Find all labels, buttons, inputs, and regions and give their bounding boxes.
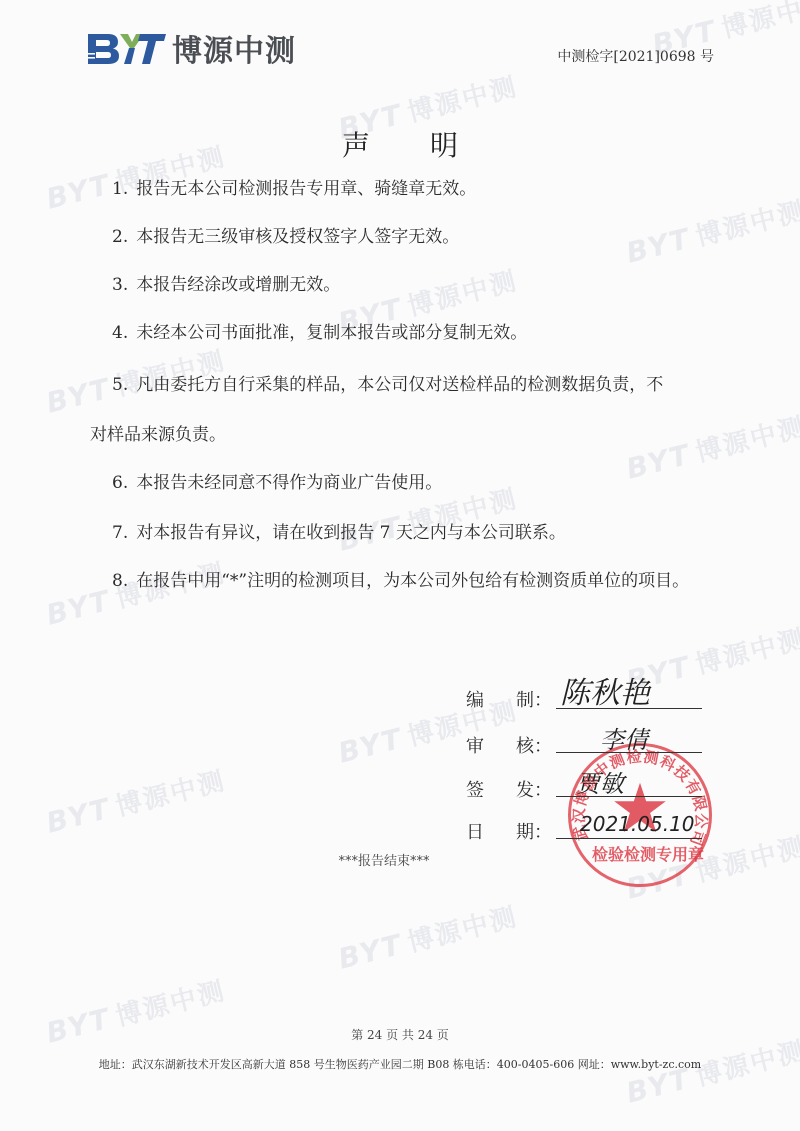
company-logo: 博源中测 <box>86 26 296 70</box>
watermark: BYT博源中测 <box>42 552 229 632</box>
title-char: 声 <box>342 124 370 164</box>
statement-item: 4.未经本公司书面批准，复制本报告或部分复制无效。 <box>112 318 527 343</box>
watermark: BYT博源中测 <box>334 690 521 770</box>
signature-line <box>556 708 702 709</box>
page-number: 第 24 页 共 24 页 <box>0 1026 800 1043</box>
byt-logo-icon <box>86 28 168 68</box>
date-label: 日 <box>466 818 484 844</box>
document-number: 中测检字[2021]0698 号 <box>557 46 714 66</box>
reviewed-by-label: 核： <box>516 732 552 758</box>
signature-line <box>556 752 702 753</box>
statement-item: 3.本报告经涂改或增删无效。 <box>112 270 340 295</box>
statement-item: 2.本报告无三级审核及授权签字人签字无效。 <box>112 222 459 247</box>
signature-line <box>556 838 702 839</box>
title-char: 明 <box>430 124 458 164</box>
statement-item: 1.报告无本公司检测报告专用章、骑缝章无效。 <box>112 174 476 199</box>
reviewed-by-label: 审 <box>466 732 484 758</box>
reviewed-by-signature: 李倩 <box>600 720 648 755</box>
statement-item: 6.本报告未经同意不得作为商业广告使用。 <box>112 468 442 493</box>
logo-text: 博源中测 <box>172 26 296 70</box>
report-end-marker: ***报告结束*** <box>0 850 784 869</box>
signature-line <box>556 796 702 797</box>
approved-by-label: 发： <box>516 776 552 802</box>
watermark: BYT博源中测 <box>42 760 229 840</box>
statement-item: 5.凡由委托方自行采集的样品，本公司仅对送检样品的检测数据负责，不 <box>112 370 663 395</box>
watermark: BYT博源中测 <box>622 406 800 486</box>
prepared-by-label: 制： <box>516 686 552 712</box>
prepared-by-label: 编 <box>466 686 484 712</box>
watermark: BYT博源中测 <box>622 190 800 270</box>
statement-item: 7.对本报告有异议，请在收到报告 7 天之内与本公司联系。 <box>112 518 566 543</box>
approved-by-label: 签 <box>466 776 484 802</box>
date-signature: 2021.05.10 <box>580 812 695 836</box>
watermark: BYT博源中测 <box>334 896 521 976</box>
prepared-by-signature: 陈秋艳 <box>560 668 650 712</box>
statement-continuation: 对样品来源负责。 <box>90 420 226 445</box>
page-title: 声明 <box>0 124 800 164</box>
footer-address: 地址：武汉东湖新技术开发区高新大道 858 号生物医药产业园二期 B08 栋电话… <box>0 1056 800 1072</box>
statement-item: 8.在报告中用“*”注明的检测项目，为本公司外包给有检测资质单位的项目。 <box>112 566 689 591</box>
approved-by-signature: 贾敏 <box>576 764 624 799</box>
date-label: 期： <box>516 818 552 844</box>
